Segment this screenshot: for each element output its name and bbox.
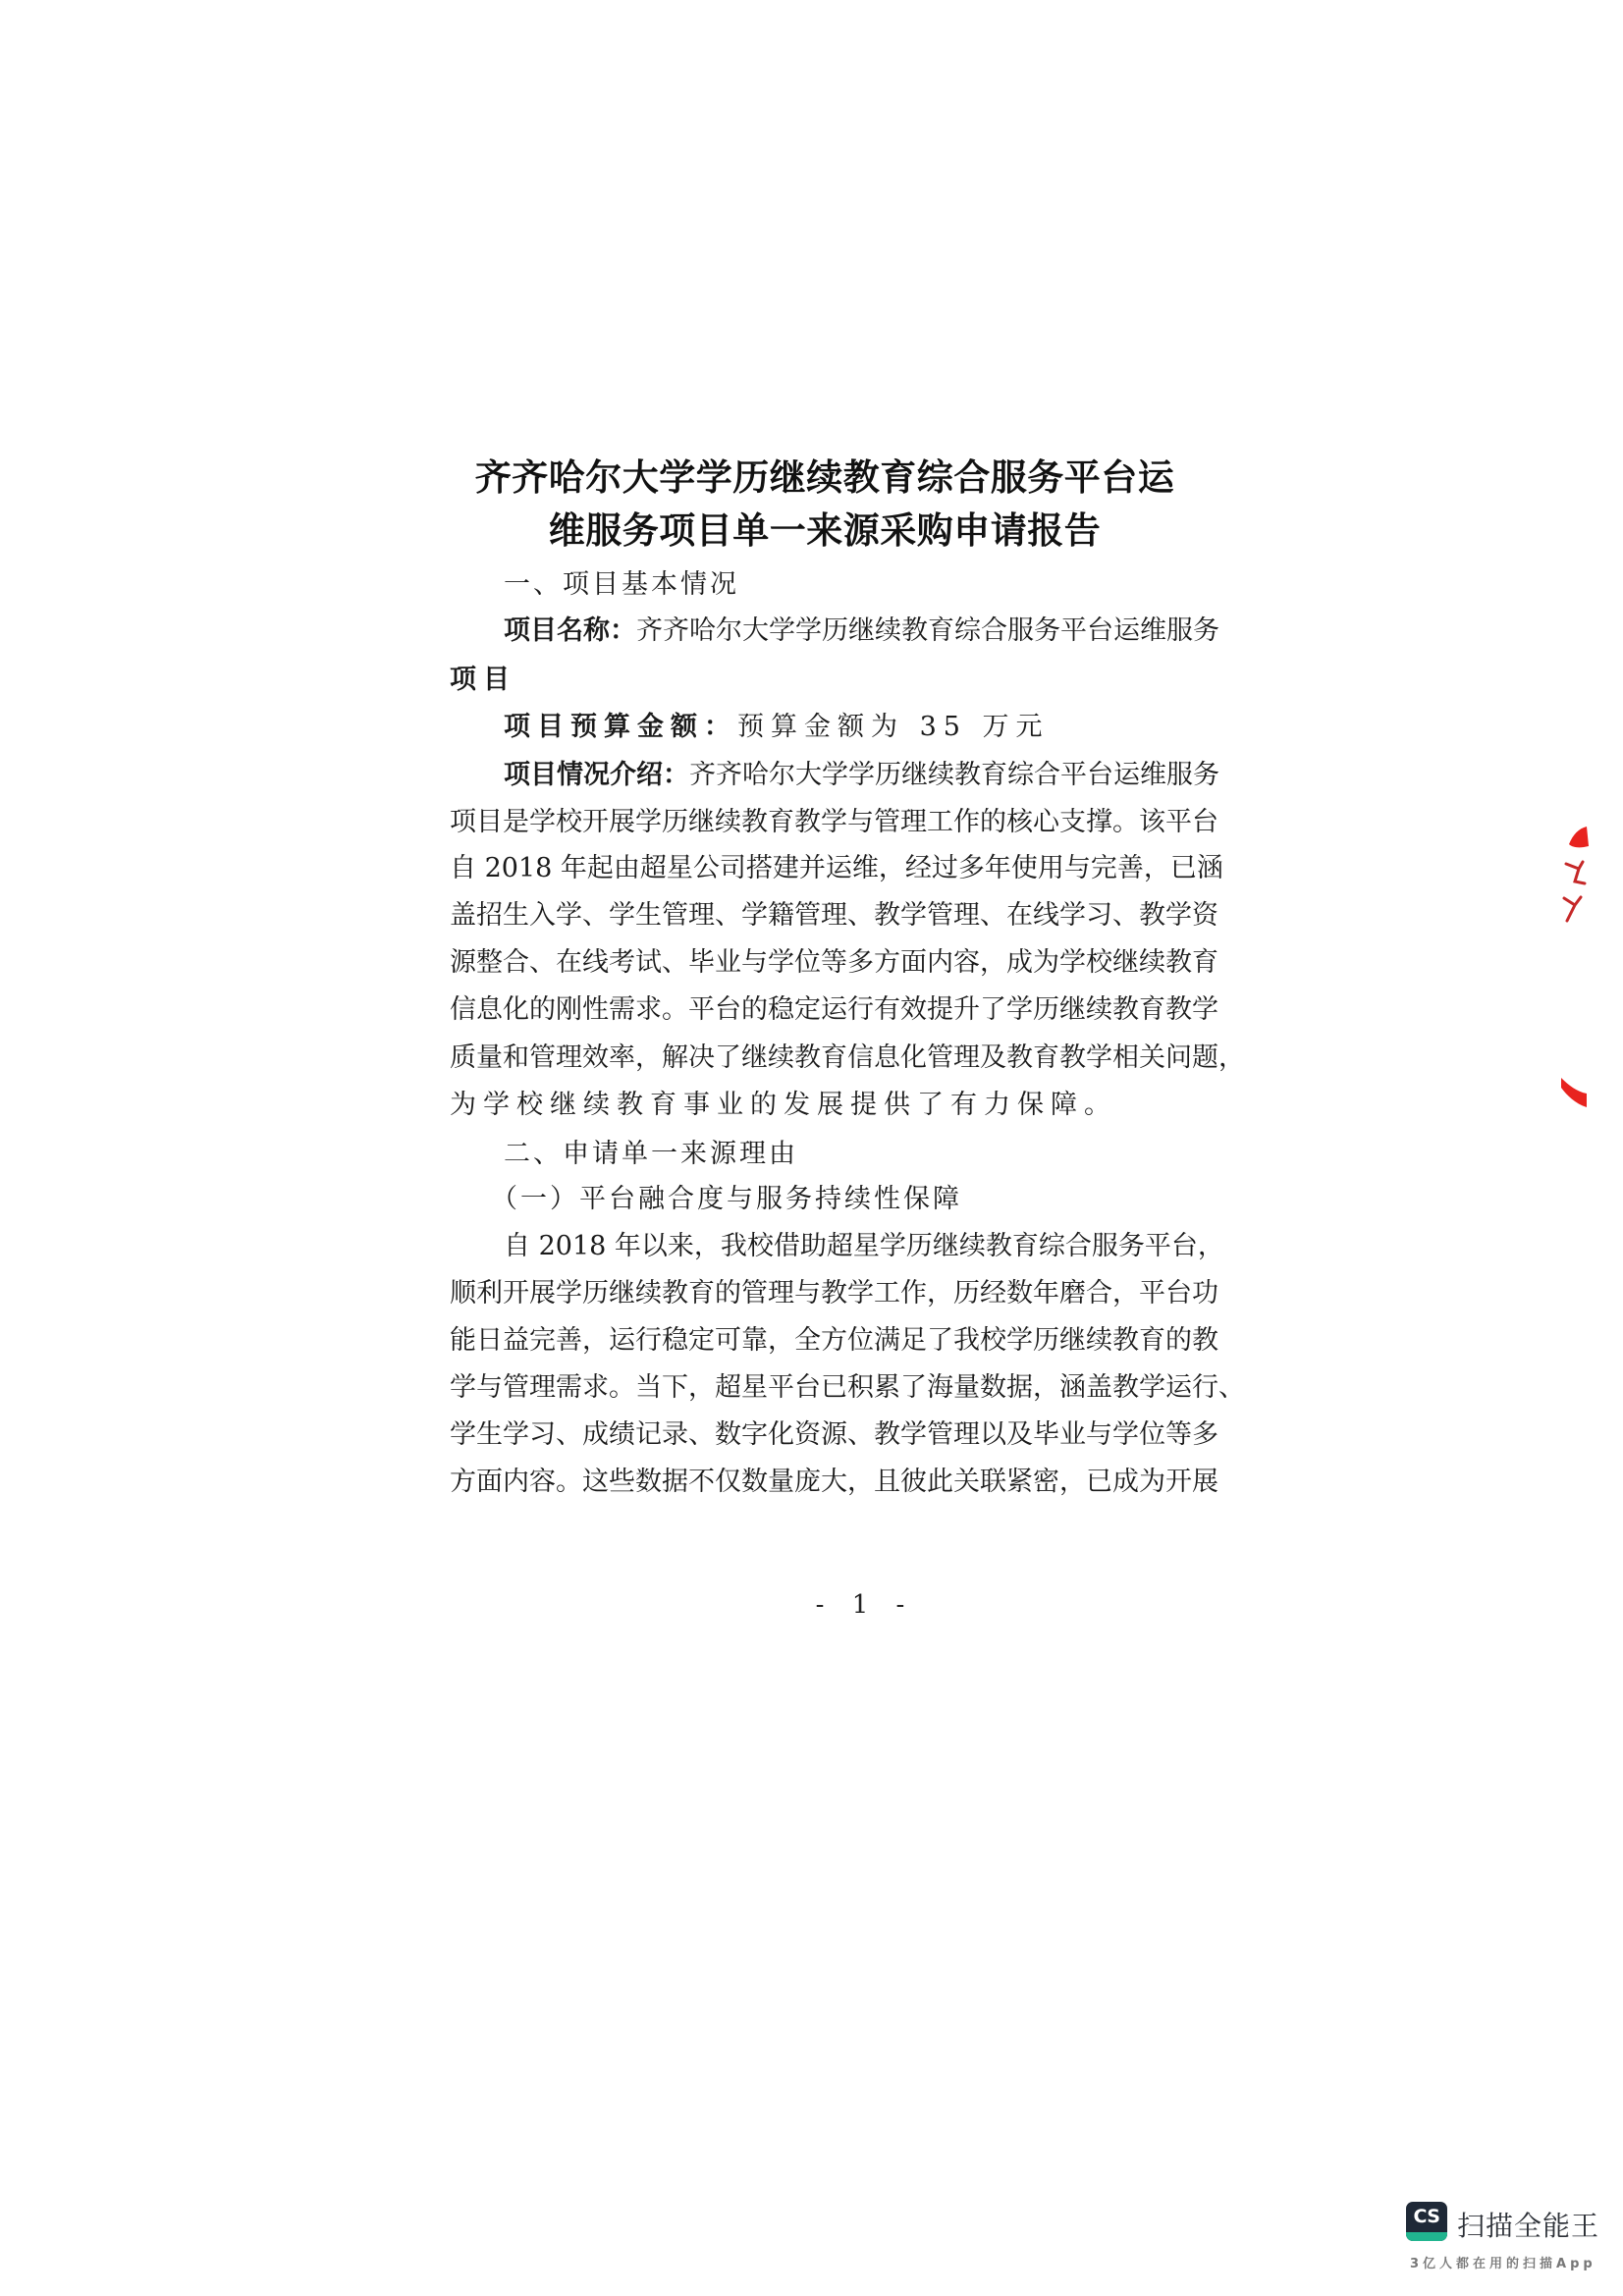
budget-line: 项目预算金额：预算金额为 35 万元 [504,711,1260,744]
intro-line-5: 源整合、在线考试、毕业与学位等多方面内容，成为学校继续教育 [450,946,1193,980]
reason-line-4: 学与管理需求。当下，超星平台已积累了海量数据，涵盖教学运行、 [450,1371,1193,1405]
project-name-line: 项目名称：齐齐哈尔大学学历继续教育综合服务平台运维服务 [504,614,1193,648]
reason-line-6: 方面内容。这些数据不仅数量庞大，且彼此关联紧密，已成为开展 [450,1466,1193,1499]
document-title-line-2: 维服务项目单一来源采购申请报告 [432,501,1217,554]
reason-line-1: 自 2018 年以来，我校借助超星学历继续教育综合服务平台， [504,1230,1193,1263]
camscanner-logo-icon: CS [1406,2202,1447,2241]
section-heading-2: 二、申请单一来源理由 [504,1138,1260,1171]
watermark-app-name: 扫描全能王 [1457,2205,1599,2244]
reason-line-3: 能日益完善，运行稳定可靠，全方位满足了我校学历继续教育的教 [450,1324,1193,1358]
document-title-line-1: 齐齐哈尔大学学历继续教育综合服务平台运 [432,448,1217,501]
intro-line-4: 盖招生入学、学生管理、学籍管理、教学管理、在线学习、教学资 [450,899,1193,933]
intro-line-6: 信息化的刚性需求。平台的稳定运行有效提升了学历继续教育教学 [450,993,1193,1027]
red-seal-fragment-icon [1561,815,1623,1109]
project-name-value: 齐齐哈尔大学学历继续教育综合服务平台运维服务 [636,615,1219,646]
section-heading-1: 一、项目基本情况 [504,568,1260,602]
intro-label: 项目情况介绍： [504,760,689,790]
document-page: 齐齐哈尔大学学历继续教育综合服务平台运 维服务项目单一来源采购申请报告 一、项目… [0,0,1623,2296]
subsection-heading-1: （一）平台融合度与服务持续性保障 [491,1183,1247,1216]
reason-line-5: 学生学习、成绩记录、数字化资源、教学管理以及毕业与学位等多 [450,1418,1193,1452]
project-name-label: 项目名称： [504,615,636,646]
page-number: - 1 - [811,1590,919,1620]
intro-text: 齐齐哈尔大学学历继续教育综合平台运维服务 [689,760,1219,790]
intro-line-1: 项目情况介绍：齐齐哈尔大学学历继续教育综合平台运维服务 [504,759,1193,792]
intro-line-8: 为学校继续教育事业的发展提供了有力保障。 [450,1089,1206,1122]
intro-line-2: 项目是学校开展学历继续教育教学与管理工作的核心支撑。该平台 [450,806,1193,839]
budget-value: 预算金额为 35 万元 [737,712,1050,742]
project-name-value-continued: 项目 [450,664,1206,697]
intro-line-7: 质量和管理效率，解决了继续教育信息化管理及教育教学相关问题， [450,1041,1206,1075]
intro-line-3: 自 2018 年起由超星公司搭建并运维，经过多年使用与完善，已涵 [450,852,1193,885]
budget-label: 项目预算金额： [504,712,737,742]
watermark-tagline: 3亿人都在用的扫描App [1410,2253,1596,2271]
scanner-app-watermark: CS 扫描全能王 3亿人都在用的扫描App [1406,2202,1623,2290]
reason-line-2: 顺利开展学历继续教育的管理与教学工作，历经数年磨合，平台功 [450,1277,1193,1310]
